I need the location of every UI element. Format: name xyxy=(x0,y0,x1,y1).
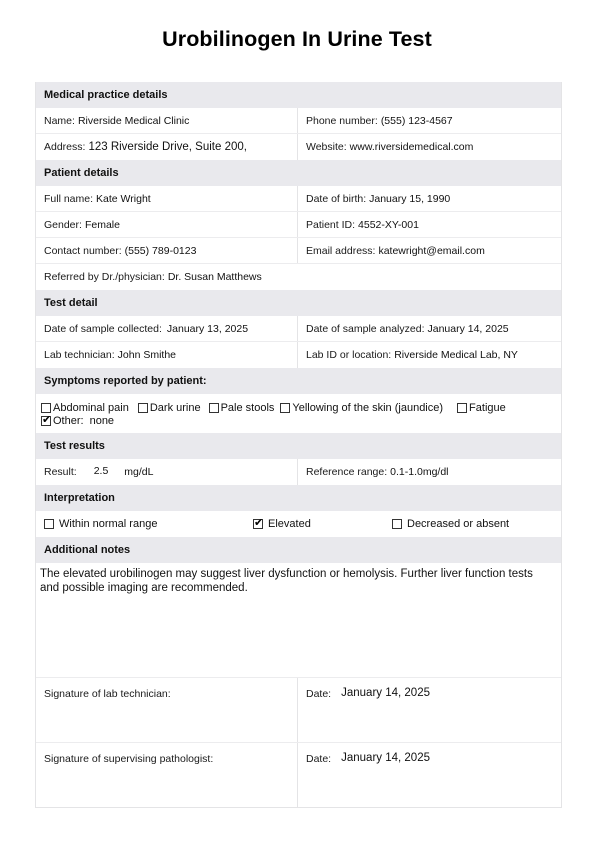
sample-analyzed-date-field[interactable]: Date of sample analyzed: January 14, 202… xyxy=(298,316,561,341)
lab-technician-field[interactable]: Lab technician: John Smithe xyxy=(36,342,298,368)
technician-signature-date-field[interactable]: Date: January 14, 2025 xyxy=(298,678,561,742)
table-row: Lab technician: John Smithe Lab ID or lo… xyxy=(36,342,561,368)
checkbox[interactable] xyxy=(138,403,148,413)
patient-full-name-field[interactable]: Full name: Kate Wright xyxy=(36,186,298,211)
section-medical-practice: Medical practice details xyxy=(36,82,561,108)
section-symptoms: Symptoms reported by patient: xyxy=(36,368,561,394)
field-label: Date of sample collected: xyxy=(44,323,162,335)
option-label: Within normal range xyxy=(59,518,157,530)
symptoms-checklist: Abdominal painDark urinePale stoolsYello… xyxy=(36,394,561,433)
symptoms-options-row: Abdominal painDark urinePale stoolsYello… xyxy=(41,401,561,414)
practice-address-field[interactable]: Address: 123 Riverside Drive, Suite 200, xyxy=(36,134,298,160)
result-value: 2.5 xyxy=(94,465,109,477)
section-test-results: Test results xyxy=(36,433,561,459)
table-row: Gender: Female Patient ID: 4552-XY-001 xyxy=(36,212,561,238)
interpretation-option[interactable]: Elevated xyxy=(253,518,311,530)
field-value: Riverside Medical Clinic xyxy=(78,115,189,127)
signature-row-pathologist: Signature of supervising pathologist: Da… xyxy=(36,743,561,807)
field-value: Female xyxy=(85,219,120,231)
checkbox[interactable] xyxy=(253,519,263,529)
field-label: Contact number: xyxy=(44,245,122,257)
table-row: Result: 2.5 mg/dL Reference range: 0.1-1… xyxy=(36,459,561,485)
field-label: Full name: xyxy=(44,193,93,205)
field-value: January 15, 1990 xyxy=(369,193,450,205)
practice-name-field[interactable]: Name: Riverside Medical Clinic xyxy=(36,108,298,133)
technician-signature-field[interactable]: Signature of lab technician: xyxy=(36,678,298,742)
interpretation-options: Within normal rangeElevatedDecreased or … xyxy=(36,511,561,537)
section-interpretation: Interpretation xyxy=(36,485,561,511)
symptom-option[interactable]: Pale stools xyxy=(209,402,275,414)
field-value: 123 Riverside Drive, Suite 200, xyxy=(88,141,247,153)
table-row: Date of sample collected: January 13, 20… xyxy=(36,316,561,342)
result-unit: mg/dL xyxy=(124,466,153,478)
checkbox[interactable] xyxy=(392,519,402,529)
patient-id-field[interactable]: Patient ID: 4552-XY-001 xyxy=(298,212,561,237)
symptom-option[interactable]: Abdominal pain xyxy=(41,402,129,414)
option-label: Yellowing of the skin (jaundice) xyxy=(292,402,443,414)
field-label: Date: xyxy=(306,688,331,700)
field-value: 4552-XY-001 xyxy=(358,219,419,231)
field-label: Result: xyxy=(44,466,77,478)
result-field[interactable]: Result: 2.5 mg/dL xyxy=(36,459,298,485)
patient-gender-field[interactable]: Gender: Female xyxy=(36,212,298,237)
section-patient-details: Patient details xyxy=(36,160,561,186)
field-value: January 13, 2025 xyxy=(167,323,248,335)
field-label: Lab technician: xyxy=(44,349,115,361)
option-label: Dark urine xyxy=(150,402,201,414)
lab-id-field[interactable]: Lab ID or location: Riverside Medical La… xyxy=(298,342,561,368)
table-row: Full name: Kate Wright Date of birth: Ja… xyxy=(36,186,561,212)
checkbox[interactable] xyxy=(41,403,51,413)
field-label: Name: xyxy=(44,115,75,127)
field-label: Referred by Dr./physician: xyxy=(44,271,165,283)
sample-collected-date-field[interactable]: Date of sample collected: January 13, 20… xyxy=(36,316,298,341)
option-label: Pale stools xyxy=(221,402,275,414)
field-label: Phone number: xyxy=(306,115,378,127)
checkbox[interactable] xyxy=(457,403,467,413)
field-label: Gender: xyxy=(44,219,82,231)
option-label: Abdominal pain xyxy=(53,402,129,414)
checkbox-other[interactable] xyxy=(41,416,51,426)
field-label: Date: xyxy=(306,753,331,765)
field-label: Email address: xyxy=(306,245,375,257)
patient-referred-by-field[interactable]: Referred by Dr./physician: Dr. Susan Mat… xyxy=(36,264,561,290)
interpretation-option[interactable]: Within normal range xyxy=(44,518,157,530)
field-label: Reference range: xyxy=(306,466,387,478)
table-row: Name: Riverside Medical Clinic Phone num… xyxy=(36,108,561,134)
field-value: John Smithe xyxy=(118,349,176,361)
interpretation-option[interactable]: Decreased or absent xyxy=(392,518,509,530)
field-value: Kate Wright xyxy=(96,193,151,205)
table-row: Contact number: (555) 789-0123 Email add… xyxy=(36,238,561,264)
patient-email-field[interactable]: Email address: katewright@email.com xyxy=(298,238,561,263)
test-form: Medical practice details Name: Riverside… xyxy=(35,82,562,808)
practice-phone-field[interactable]: Phone number: (555) 123-4567 xyxy=(298,108,561,133)
additional-notes-text[interactable]: The elevated urobilinogen may suggest li… xyxy=(36,563,561,678)
field-value: (555) 123-4567 xyxy=(381,115,453,127)
pathologist-signature-field[interactable]: Signature of supervising pathologist: xyxy=(36,743,298,807)
table-row: Address: 123 Riverside Drive, Suite 200,… xyxy=(36,134,561,160)
symptom-other-option[interactable]: Other: none xyxy=(41,415,114,427)
field-value: (555) 789-0123 xyxy=(125,245,197,257)
section-test-detail: Test detail xyxy=(36,290,561,316)
field-label: Signature of lab technician: xyxy=(44,688,171,700)
field-value: katewright@email.com xyxy=(378,245,484,257)
checkbox[interactable] xyxy=(209,403,219,413)
symptom-option[interactable]: Fatigue xyxy=(457,402,506,414)
field-value: 0.1-1.0mg/dl xyxy=(390,466,448,478)
field-value: January 14, 2025 xyxy=(427,323,508,335)
field-value: www.riversidemedical.com xyxy=(350,141,474,153)
symptom-option[interactable]: Dark urine xyxy=(138,402,201,414)
pathologist-signature-date-field[interactable]: Date: January 14, 2025 xyxy=(298,743,561,807)
signature-row-technician: Signature of lab technician: Date: Janua… xyxy=(36,678,561,743)
table-row: Referred by Dr./physician: Dr. Susan Mat… xyxy=(36,264,561,290)
reference-range-field[interactable]: Reference range: 0.1-1.0mg/dl xyxy=(298,459,561,485)
field-label: Date of sample analyzed: xyxy=(306,323,424,335)
patient-dob-field[interactable]: Date of birth: January 15, 1990 xyxy=(298,186,561,211)
patient-contact-field[interactable]: Contact number: (555) 789-0123 xyxy=(36,238,298,263)
symptom-option[interactable]: Yellowing of the skin (jaundice) xyxy=(280,402,443,414)
document-title: Urobilinogen In Urine Test xyxy=(0,27,594,52)
option-label: Decreased or absent xyxy=(407,518,509,530)
field-value: Dr. Susan Matthews xyxy=(168,271,262,283)
option-label: Other: xyxy=(53,415,84,427)
section-additional-notes: Additional notes xyxy=(36,537,561,563)
symptoms-other-row: Other: none xyxy=(41,414,561,427)
checkbox[interactable] xyxy=(280,403,290,413)
checkbox[interactable] xyxy=(44,519,54,529)
option-label: Elevated xyxy=(268,518,311,530)
field-label: Date of birth: xyxy=(306,193,366,205)
field-label: Website: xyxy=(306,141,347,153)
practice-website-field[interactable]: Website: www.riversidemedical.com xyxy=(298,134,561,160)
field-label: Address: xyxy=(44,141,85,153)
option-label: Fatigue xyxy=(469,402,506,414)
field-label: Patient ID: xyxy=(306,219,355,231)
field-value: January 14, 2025 xyxy=(341,687,430,699)
field-value: Riverside Medical Lab, NY xyxy=(394,349,518,361)
field-label: Lab ID or location: xyxy=(306,349,391,361)
field-value: January 14, 2025 xyxy=(341,752,430,764)
other-symptom-value[interactable]: none xyxy=(90,415,114,427)
field-label: Signature of supervising pathologist: xyxy=(44,753,213,765)
